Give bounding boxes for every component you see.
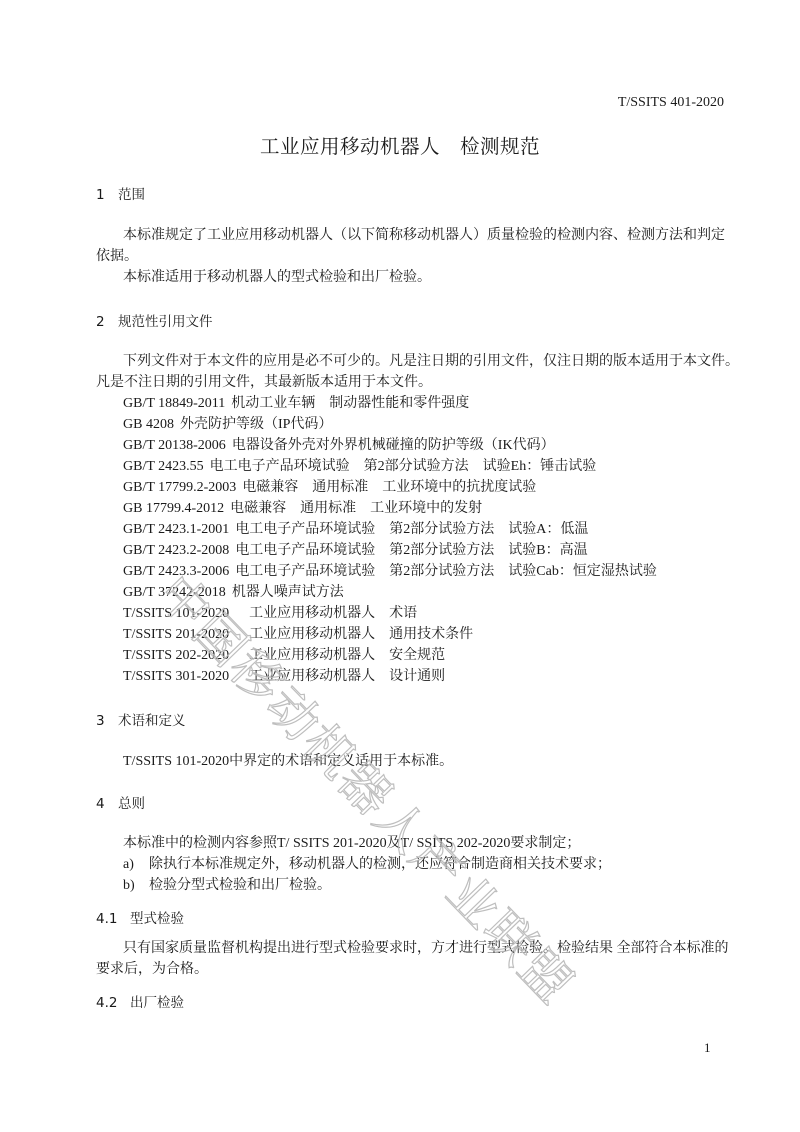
reference-title: 工业应用移动机器人 设计通则 [235,669,445,684]
reference-code: T/SSITS 301-2020 [123,669,229,684]
subsection-title: 型式检验 [130,911,184,927]
section-title: 总则 [118,796,145,812]
document-code: T/SSITS 401-2020 [618,95,724,111]
list-text: 检验分型式检验和出厂检验。 [149,878,331,893]
reference-title: 机器人噪声试方法 [232,585,344,600]
list-item: b)检验分型式检验和出厂检验。 [123,874,331,894]
reference-item: GB/T 2423.55电工电子产品环境试验 第2部分试验方法 试验Eh：锤击试… [123,455,596,475]
reference-title: 机动工业车辆 制动器性能和零件强度 [231,396,469,411]
section-title: 范围 [118,187,145,203]
references-intro-line1: 下列文件对于本文件的应用是必不可少的。凡是注日期的引用文件，仅注日期的版本适用于… [123,350,739,370]
reference-title: 工业应用移动机器人 通用技术条件 [235,627,473,642]
subsection-4-1-heading: 4.1型式检验 [96,907,184,927]
section-3-heading: 3术语和定义 [96,709,186,729]
reference-code: GB/T 17799.2-2003 [123,480,236,495]
subsection-4-2-heading: 4.2出厂检验 [96,991,184,1011]
section-title: 术语和定义 [118,713,186,729]
reference-code: GB 4208 [123,417,174,432]
reference-title: 外壳防护等级（IP代码） [180,417,332,432]
section-4-heading: 4总则 [96,792,145,812]
reference-title: 工业应用移动机器人 安全规范 [235,648,445,663]
reference-item: T/SSITS 301-2020 工业应用移动机器人 设计通则 [123,665,445,685]
reference-item: GB/T 20138-2006电器设备外壳对外界机械碰撞的防护等级（IK代码） [123,434,555,454]
reference-code: GB/T 18849-2011 [123,396,225,411]
reference-item: GB/T 37242-2018机器人噪声试方法 [123,581,344,601]
page-number: 1 [704,1040,711,1056]
subsection-number: 4.2 [96,995,130,1011]
reference-code: GB 17799.4-2012 [123,501,224,516]
list-text: 除执行本标准规定外，移动机器人的检测，还应符合制造商相关技术要求； [149,857,611,872]
reference-title: 电磁兼容 通用标准 工业环境中的抗扰度试验 [242,480,536,495]
reference-title: 电工电子产品环境试验 第2部分试验方法 试验Cab：恒定湿热试验 [235,564,657,579]
section-1-heading: 1范围 [96,183,145,203]
reference-item: T/SSITS 202-2020 工业应用移动机器人 安全规范 [123,644,445,664]
reference-item: GB/T 2423.3-2006电工电子产品环境试验 第2部分试验方法 试验Ca… [123,560,657,580]
list-item: a)除执行本标准规定外，移动机器人的检测，还应符合制造商相关技术要求； [123,853,611,873]
reference-item: GB/T 2423.2-2008电工电子产品环境试验 第2部分试验方法 试验B：… [123,539,588,559]
reference-item: GB/T 17799.2-2003电磁兼容 通用标准 工业环境中的抗扰度试验 [123,476,536,496]
subsection-title: 出厂检验 [130,995,184,1011]
reference-item: T/SSITS 101-2020 工业应用移动机器人 术语 [123,602,417,622]
section-number: 4 [96,796,118,812]
list-marker: b) [123,878,149,894]
reference-code: T/SSITS 101-2020 [123,606,229,621]
reference-item: GB/T 18849-2011机动工业车辆 制动器性能和零件强度 [123,392,469,412]
references-intro-line2: 凡是不注日期的引用文件，其最新版本适用于本文件。 [96,371,432,391]
reference-item: GB 17799.4-2012电磁兼容 通用标准 工业环境中的发射 [123,497,482,517]
list-marker: a) [123,857,149,873]
reference-code: GB/T 20138-2006 [123,438,226,453]
section-number: 2 [96,314,118,330]
document-title: 工业应用移动机器人 检测规范 [0,131,800,159]
reference-code: GB/T 2423.1-2001 [123,522,229,537]
section-number: 3 [96,713,118,729]
section-number: 1 [96,187,118,203]
section-title: 规范性引用文件 [118,314,213,330]
general-paragraph: 本标准中的检测内容参照T/ SSITS 201-2020及T/ SSITS 20… [123,832,580,852]
reference-code: GB/T 2423.3-2006 [123,564,229,579]
type-inspection-line1: 只有国家质量监督机构提出进行型式检验要求时，方才进行型式检验。检验结果 全部符合… [123,937,729,957]
reference-code: GB/T 37242-2018 [123,585,226,600]
reference-item: GB/T 2423.1-2001电工电子产品环境试验 第2部分试验方法 试验A：… [123,518,588,538]
terms-paragraph: T/SSITS 101-2020中界定的术语和定义适用于本标准。 [123,750,453,770]
reference-code: GB/T 2423.55 [123,459,204,474]
section-2-heading: 2规范性引用文件 [96,310,213,330]
reference-title: 电工电子产品环境试验 第2部分试验方法 试验B：高温 [235,543,587,558]
reference-item: T/SSITS 201-2020 工业应用移动机器人 通用技术条件 [123,623,473,643]
reference-item: GB 4208外壳防护等级（IP代码） [123,413,332,433]
reference-code: T/SSITS 201-2020 [123,627,229,642]
subsection-number: 4.1 [96,911,130,927]
scope-paragraph-2: 本标准适用于移动机器人的型式检验和出厂检验。 [123,266,431,286]
scope-paragraph-line1: 本标准规定了工业应用移动机器人（以下简称移动机器人）质量检验的检测内容、检测方法… [123,224,725,244]
reference-title: 电工电子产品环境试验 第2部分试验方法 试验Eh：锤击试验 [210,459,597,474]
reference-title: 电器设备外壳对外界机械碰撞的防护等级（IK代码） [232,438,555,453]
reference-code: T/SSITS 202-2020 [123,648,229,663]
reference-title: 工业应用移动机器人 术语 [235,606,417,621]
scope-paragraph-line2: 依据。 [96,245,138,265]
reference-code: GB/T 2423.2-2008 [123,543,229,558]
reference-title: 电磁兼容 通用标准 工业环境中的发射 [230,501,482,516]
reference-title: 电工电子产品环境试验 第2部分试验方法 试验A：低温 [235,522,588,537]
type-inspection-line2: 要求后，为合格。 [96,958,208,978]
